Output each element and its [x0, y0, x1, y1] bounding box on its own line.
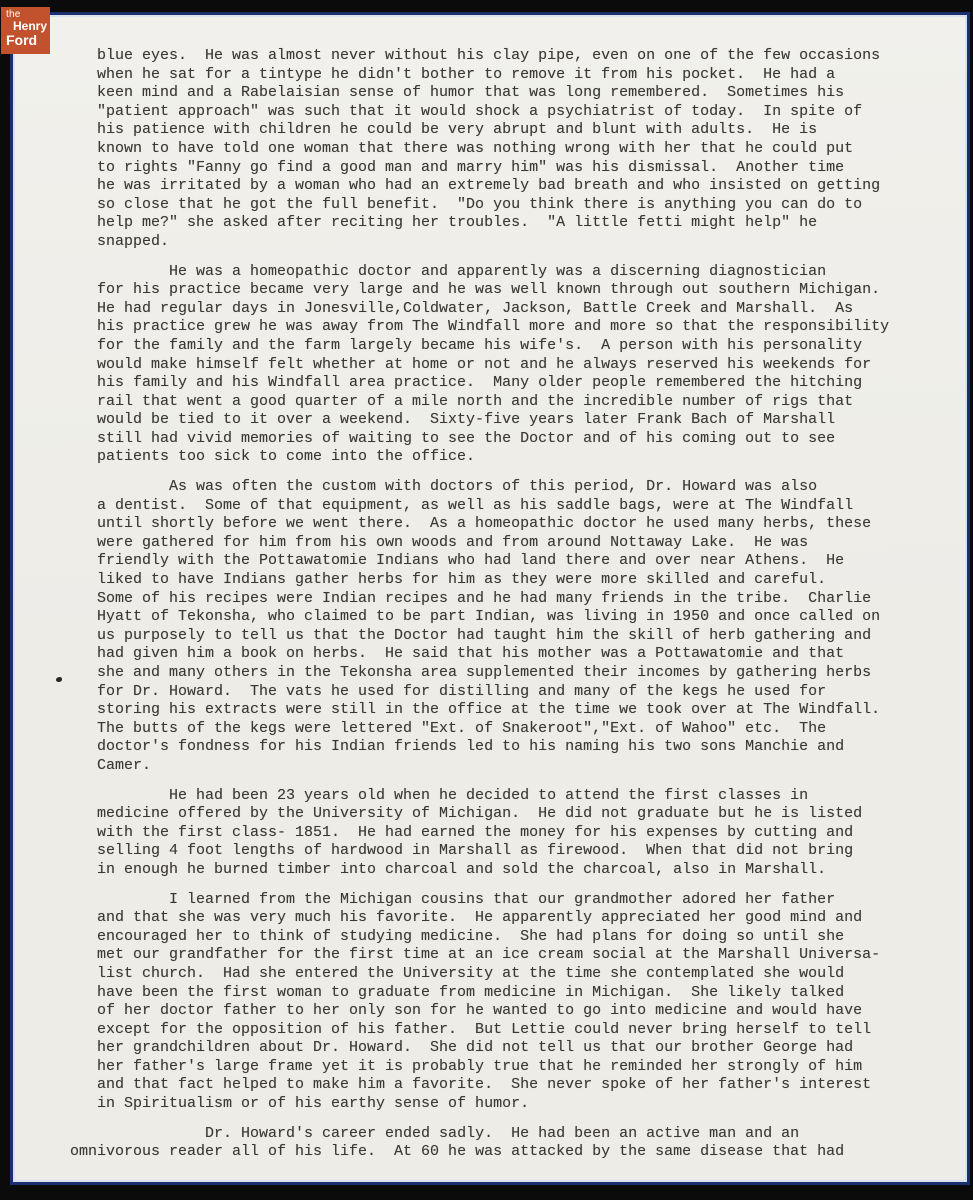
typewritten-text: blue eyes. He was almost never without h… [97, 47, 917, 1162]
ink-speck [56, 677, 62, 682]
paragraph: I learned from the Michigan cousins that… [97, 891, 917, 1114]
scan-background: blue eyes. He was almost never without h… [0, 0, 973, 1200]
paragraph: He had been 23 years old when he decided… [97, 787, 917, 880]
paragraph: He was a homeopathic doctor and apparent… [97, 263, 917, 468]
document-page: blue eyes. He was almost never without h… [13, 15, 967, 1182]
paragraph: As was often the custom with doctors of … [97, 478, 917, 776]
paragraph: Dr. Howard's career ended sadly. He had … [70, 1125, 917, 1162]
logo-text-henry: Henry [13, 19, 47, 33]
henry-ford-logo: the Henry Ford [1, 7, 50, 54]
logo-text-ford: Ford [6, 32, 37, 48]
paragraph: blue eyes. He was almost never without h… [97, 47, 917, 252]
